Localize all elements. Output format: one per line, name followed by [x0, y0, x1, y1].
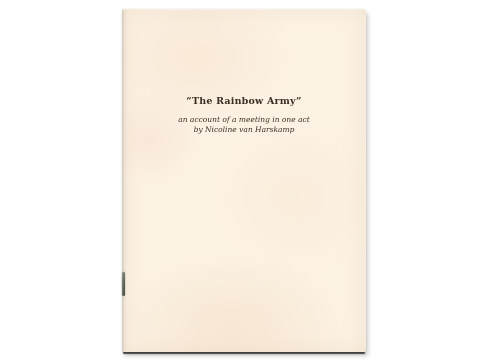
- booklet-cover: “The Rainbow Army” an account of a meeti…: [122, 9, 366, 352]
- booklet-spine: [122, 9, 129, 352]
- booklet-byline: by Nicoline van Harskamp: [122, 125, 366, 135]
- photo-background: “The Rainbow Army” an account of a meeti…: [0, 0, 480, 360]
- cover-text-block: “The Rainbow Army” an account of a meeti…: [122, 96, 366, 135]
- booklet-subtitle: an account of a meeting in one act: [122, 115, 366, 125]
- booklet-title: “The Rainbow Army”: [122, 96, 366, 107]
- staple: [122, 272, 125, 296]
